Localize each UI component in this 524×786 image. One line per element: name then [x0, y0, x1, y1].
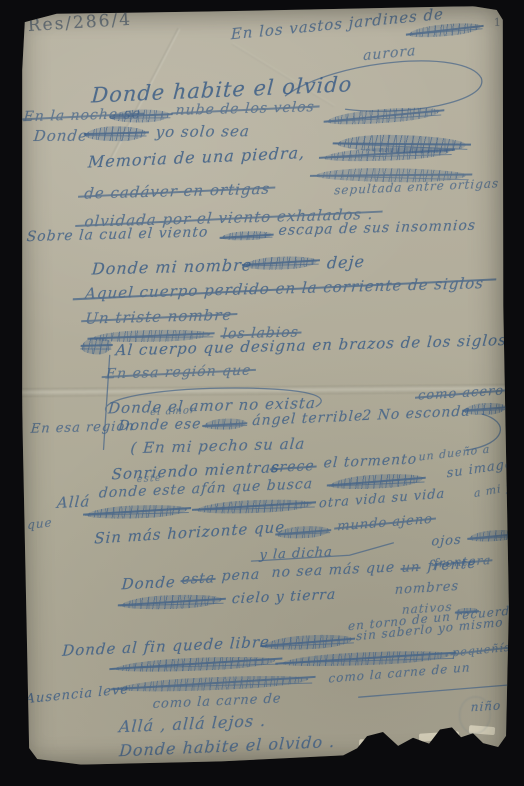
crossed-out-scribble [115, 654, 276, 674]
handwritten-text-line: aurora [363, 43, 416, 64]
handwritten-text-line: Allá [56, 492, 90, 512]
crossed-out-scribble [85, 126, 146, 142]
handwritten-text-line: niño [470, 698, 501, 714]
handwritten-text-line: ojos [431, 533, 462, 550]
handwritten-text-line: Donde [33, 127, 89, 145]
handwritten-text-line: Donde [121, 573, 176, 593]
handwritten-text-line: pena [221, 567, 261, 585]
page-number: 1 [494, 16, 503, 29]
crossed-out-scribble [469, 528, 519, 543]
crossed-out-scribble [327, 105, 439, 128]
handwritten-text-line: el tormento [323, 451, 417, 471]
handwritten-text-line: yo solo sea [155, 122, 251, 141]
crossed-out-scribble [87, 503, 188, 520]
struck-text-line: como acero [418, 383, 505, 403]
struck-text-line: Aquel cuerpo perdido en la corriente de … [84, 274, 484, 302]
handwritten-text-line: ángel terrible [252, 408, 364, 429]
crossed-out-scribble [204, 418, 247, 431]
struck-text-line: Un triste nombre [85, 306, 233, 328]
handwritten-text-line: Ausencia leve [26, 682, 129, 707]
handwritten-text-line: Donde habite el olvido . [119, 732, 336, 761]
struck-text-line: nube de los velos [175, 99, 315, 119]
handwritten-text-line: Donde al fin quede libre [62, 633, 271, 660]
ink-horizontal-rule [359, 685, 511, 697]
handwritten-text-line: Allá , allá lejos . [118, 711, 267, 737]
struck-text-line: un [401, 560, 421, 576]
handwritten-text-line: cielo y tierra [231, 587, 336, 608]
handwritten-text-line: 2 No esconda [362, 403, 471, 424]
handwritten-text-line: Sin más horizonte que [94, 518, 286, 548]
manuscript-scan: Res/286/4 1 En los vastos jardines deaur… [0, 0, 524, 786]
struck-text-line: En esa región que [105, 363, 252, 383]
handwritten-text-line: que [27, 515, 52, 532]
handwritten-text-line: Donde ese [118, 416, 202, 434]
handwritten-text-line: frente [427, 556, 477, 575]
handwritten-text-line: el amor [150, 405, 196, 418]
handwritten-text-line: ( En mi pecho su ala [130, 435, 306, 458]
handwritten-text-line: no sea más que [271, 560, 396, 581]
handwritten-text-line: y la dicha [259, 545, 333, 563]
struck-text-line: pequeñísimo [452, 638, 524, 659]
archive-reference: Res/286/4 [27, 10, 132, 36]
handwriting-layer: Res/286/4 1 En los vastos jardines deaur… [15, 6, 514, 772]
handwritten-text-line: nombres [394, 579, 459, 598]
handwritten-text-line: otra vida su vida [319, 487, 446, 512]
handwritten-text-line: Sobre la cual el viento [26, 224, 209, 245]
handwritten-text-line: Donde mi nombre [91, 255, 253, 278]
crossed-out-scribble [245, 255, 318, 271]
struck-text-line: mundo ajeno [337, 512, 433, 535]
struck-text-line: esta [181, 570, 215, 588]
handwritten-text-line: a mi yo [473, 479, 521, 501]
struck-text-line: crece [270, 458, 315, 476]
manuscript-paper-sheet: Res/286/4 1 En los vastos jardines deaur… [15, 6, 514, 772]
crossed-out-scribble [264, 633, 352, 652]
handwritten-text-line: deje [326, 252, 365, 273]
crossed-out-scribble [197, 498, 313, 516]
handwritten-text-line: como la carne de [152, 691, 282, 712]
crossed-out-scribble [221, 230, 272, 241]
handwritten-text-line: Memoria de una piedra, [87, 143, 305, 172]
crossed-out-scribble [81, 337, 113, 354]
struck-text-line: de cadáver en ortigas [84, 180, 271, 203]
crossed-out-scribble [121, 593, 222, 611]
crossed-out-scribble [324, 145, 451, 164]
handwritten-text-line: En los vastos jardines de [231, 5, 444, 44]
